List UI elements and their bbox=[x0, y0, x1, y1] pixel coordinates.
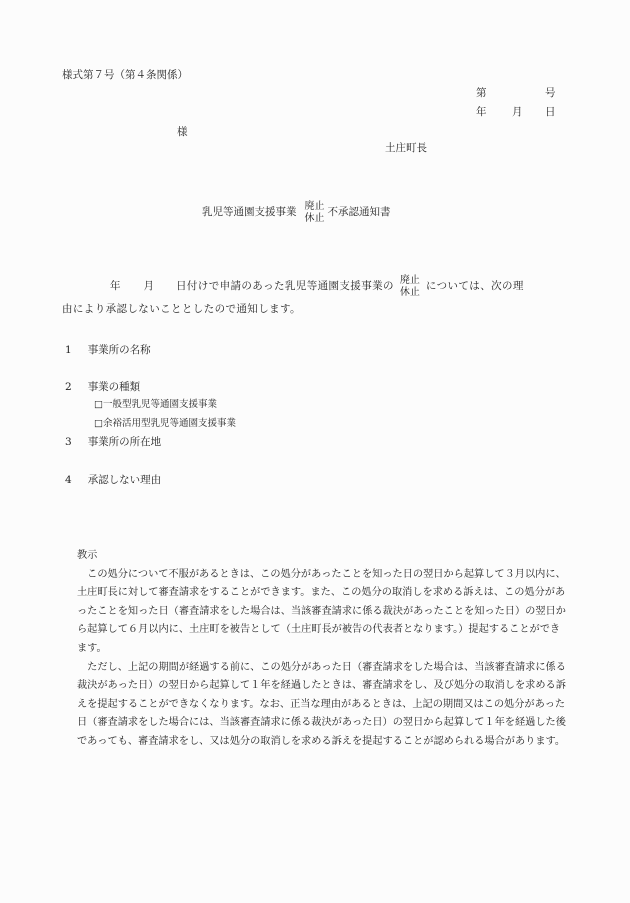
notice-line: ます。 bbox=[77, 640, 577, 659]
item-label: 承認しない理由 bbox=[88, 474, 162, 486]
appeal-notice: 教示 この処分について不服があるときは、この処分があったことを知った日の翌日から… bbox=[77, 547, 577, 752]
notice-line: ただし、上記の期間が経過する前に、この処分があった日（審査請求をした場合は、当該… bbox=[77, 659, 577, 678]
title-prefix: 乳児等通園支援事業 bbox=[202, 207, 297, 218]
item-number: 2 bbox=[65, 381, 72, 393]
item-label: 事業所の所在地 bbox=[88, 436, 162, 448]
item-label: 事業の種類 bbox=[88, 381, 141, 393]
body-option-suspend: 休止 bbox=[400, 287, 420, 299]
body-line-2: 由により承認しないこととしたので通知します。 bbox=[62, 304, 301, 315]
notice-line: であっても、審査請求をし、又は処分の取消しを求める訴えを提起することが認められる… bbox=[77, 733, 577, 752]
title-suffix: 不承認通知書 bbox=[328, 207, 391, 218]
notice-line: 裁決があった日）の翌日から起算して１年を経過したときは、審査請求をし、及び処分の… bbox=[77, 677, 577, 696]
doc-number-prefix: 第 bbox=[476, 88, 487, 99]
body-text-b: については、次の理 bbox=[426, 281, 524, 292]
date-month: 月 bbox=[512, 107, 523, 118]
body-line-1: 年 月 日付けで申請のあった乳児等通園支援事業の 廃止 休止 については、次の理 bbox=[110, 275, 524, 298]
notice-line: 日（審査請求をした場合には、当該審査請求に係る裁決があった日）の翌日から起算して… bbox=[77, 714, 577, 733]
body-options: 廃止 休止 bbox=[400, 275, 420, 298]
item-2: 2事業の種類 bbox=[65, 382, 140, 393]
item-number: 1 bbox=[65, 344, 72, 356]
date-year: 年 bbox=[476, 107, 487, 118]
body-option-abolish: 廃止 bbox=[400, 275, 420, 287]
notice-line: ったことを知った日（審査請求をした場合は、当該審査請求に係る裁決があったことを知… bbox=[77, 603, 577, 622]
notice-line: えを提起することができなくなります。なお、正当な理由があるときは、上記の期間又は… bbox=[77, 696, 577, 715]
date-day: 日 bbox=[545, 107, 556, 118]
notice-line: この処分について不服があるときは、この処分があったことを知った日の翌日から起算し… bbox=[77, 566, 577, 585]
item-label: 事業所の名称 bbox=[88, 344, 151, 356]
notice-line: ら起算して６月以内に、土庄町を被告として（土庄町長が被告の代表者となります。）提… bbox=[77, 621, 577, 640]
item-number: 4 bbox=[65, 474, 72, 486]
body-date-year: 年 bbox=[110, 281, 121, 292]
item-4: 4承認しない理由 bbox=[65, 475, 161, 486]
item-3: 3事業所の所在地 bbox=[65, 437, 161, 448]
document-title: 乳児等通園支援事業 廃止 休止 不承認通知書 bbox=[202, 201, 391, 224]
issuer: 土庄町長 bbox=[385, 143, 427, 154]
business-type-surplus[interactable]: □余裕活用型乳児等通園支援事業 bbox=[94, 419, 236, 429]
notice-line: 土庄町長に対して審査請求をすることができます。また、この処分の取消しを求める訴え… bbox=[77, 584, 577, 603]
form-number: 様式第７号（第４条関係） bbox=[62, 70, 188, 81]
body-text-a: 日付けで申請のあった乳児等通園支援事業の bbox=[176, 281, 394, 292]
title-options: 廃止 休止 bbox=[305, 201, 325, 224]
notice-heading: 教示 bbox=[77, 547, 577, 566]
body-date-month: 月 bbox=[144, 281, 155, 292]
doc-number-suffix: 号 bbox=[545, 88, 556, 99]
title-option-abolish: 廃止 bbox=[305, 201, 325, 213]
item-1: 1事業所の名称 bbox=[65, 345, 151, 356]
item-number: 3 bbox=[65, 436, 72, 448]
recipient-suffix: 様 bbox=[177, 127, 188, 138]
business-type-general[interactable]: □一般型乳児等通園支援事業 bbox=[94, 400, 217, 410]
title-option-suspend: 休止 bbox=[305, 213, 325, 225]
